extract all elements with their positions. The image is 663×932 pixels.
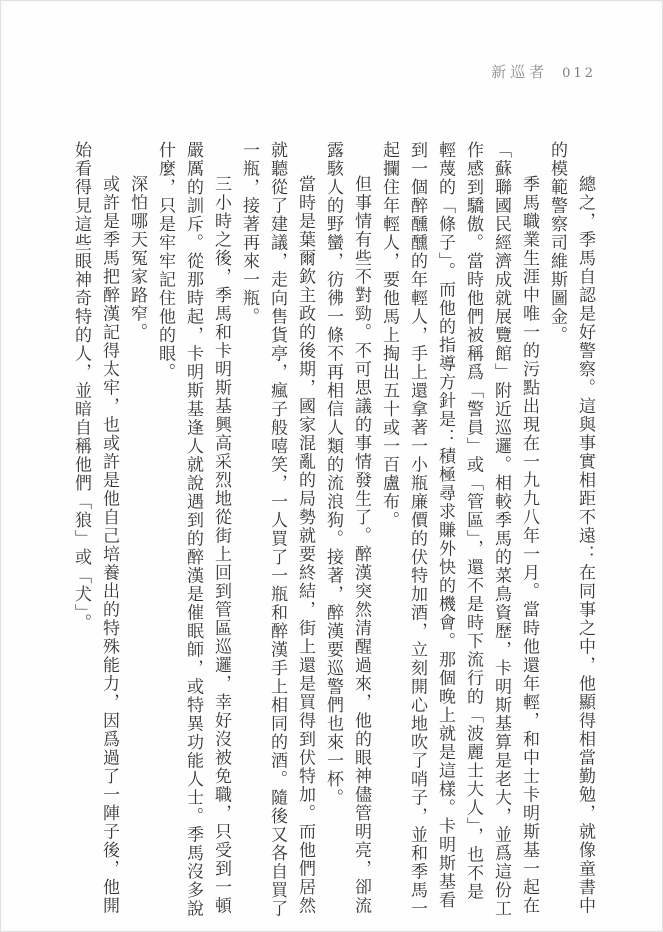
paragraph: 三小時之後，季馬和卡明斯基興高采烈地從街上回到管區巡邏，幸好沒被免職，只受到一頓… [151, 141, 235, 919]
paragraph: 總之，季馬自認是好警察。這與事實相距不遠：在同事之中，他顯得相當勤勉，就像童書中… [543, 141, 599, 919]
book-page: 新巡者 012 總之，季馬自認是好警察。這與事實相距不遠：在同事之中，他顯得相當… [0, 0, 663, 932]
paragraph: 當時是葉爾欽主政的後期，國家混亂的局勢就要終結，街上還是買得到伏特加。而他們居然… [235, 141, 319, 919]
paragraph: 或許是季馬把醉漢記得太牢，也或許是他自己培養出的特殊能力，因爲過了一陣子後，他開… [67, 141, 123, 919]
paragraph: 深怕哪天冤家路窄。 [123, 141, 151, 919]
page-header: 新巡者 012 [491, 61, 596, 82]
book-title: 新巡者 [491, 61, 548, 82]
paragraph: 但事情有些不對勁。不可思議的事情發生了。醉漢突然清醒過來，他的眼神儘管明亮，卻流… [319, 141, 375, 919]
body-text: 總之，季馬自認是好警察。這與事實相距不遠：在同事之中，他顯得相當勤勉，就像童書中… [67, 141, 599, 919]
paragraph: 季馬職業生涯中唯一的污點出現在一九九八年一月。當時他還年輕，和中士卡明斯基一起在… [375, 141, 543, 919]
page-number: 012 [562, 66, 596, 81]
